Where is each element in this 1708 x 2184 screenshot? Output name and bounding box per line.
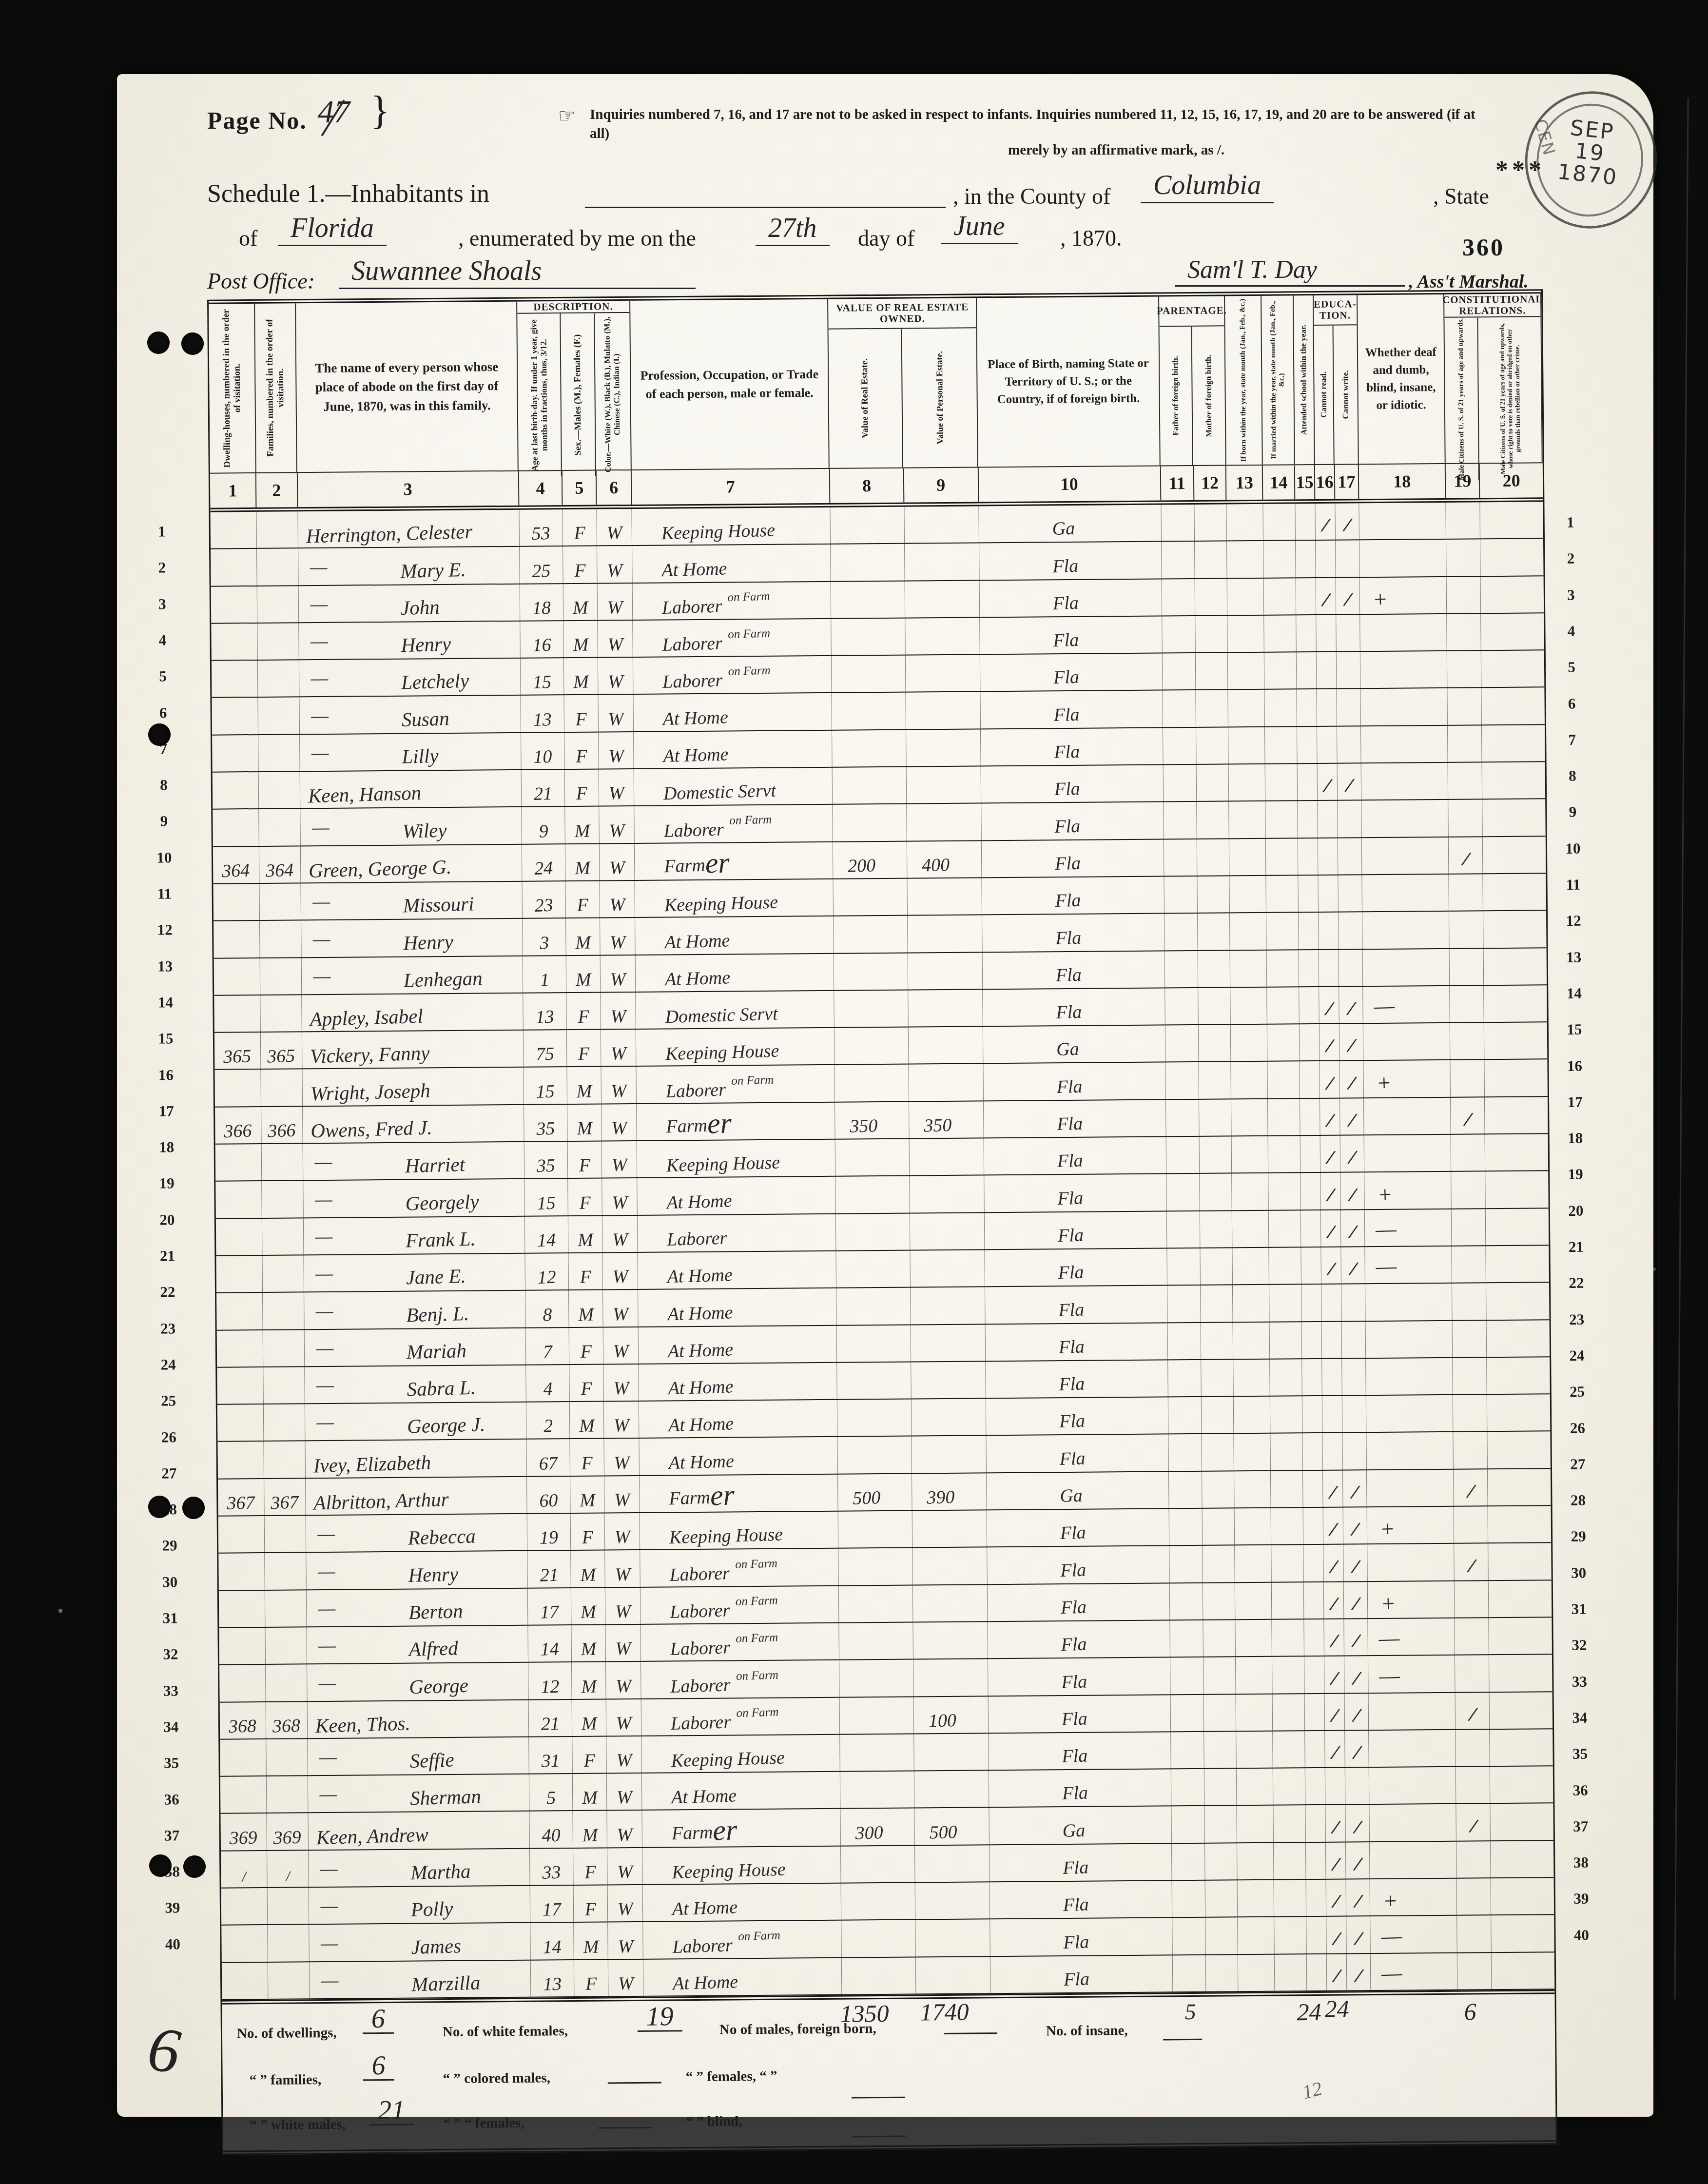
left-line-number-2: 2 — [145, 559, 179, 577]
person-name: Ivey, Elizabeth — [305, 1452, 431, 1479]
cannot-read-mark: / — [1329, 1557, 1338, 1581]
header-group-constitutional: CONSTITUTIONAL RELATIONS.Male Citizens o… — [1444, 293, 1543, 463]
left-line-number-35: 35 — [154, 1754, 188, 1772]
col18-mark: + — [1367, 1592, 1396, 1618]
cell-married-month — [1271, 1508, 1303, 1544]
cell-birthplace: Fla — [984, 1174, 1167, 1212]
person-name: Harriet — [332, 1154, 466, 1181]
cell-married-month — [1270, 1322, 1302, 1359]
cell-occupation: Laboreron Farm — [633, 656, 832, 694]
cell-cannot-write — [1337, 726, 1361, 763]
cell-occupation: Laboreron Farm — [633, 582, 832, 619]
cell-dwelling-number — [213, 921, 260, 957]
color: W — [612, 1230, 628, 1252]
column-number-10: 10 — [978, 466, 1161, 502]
cell-color: W — [600, 881, 635, 917]
cell-mother-foreign — [1199, 1099, 1232, 1136]
cell-married-month — [1272, 1582, 1304, 1619]
cell-sex: M — [572, 1699, 606, 1736]
cell-male-citizen — [1456, 1730, 1490, 1766]
cell-mother-foreign — [1200, 1248, 1233, 1285]
totals-real-estate: 1350 — [840, 2001, 889, 2026]
birthplace: Fla — [988, 1709, 1087, 1734]
cell-mother-foreign — [1198, 914, 1230, 950]
color: W — [615, 1639, 631, 1661]
person-name: Keen, Thos. — [307, 1713, 410, 1739]
film-speck — [58, 1609, 62, 1613]
sex: M — [582, 1826, 598, 1848]
cell-birthplace: Fla — [979, 579, 1162, 617]
cannot-read-mark: / — [1326, 1185, 1335, 1209]
sex: F — [585, 1900, 597, 1922]
cell-occupation: Domestic Servt — [636, 991, 835, 1029]
birthplace: Fla — [984, 1151, 1083, 1176]
cell-attended-school — [1306, 1880, 1326, 1916]
person-name: Frank L. — [332, 1228, 476, 1255]
left-line-number-13: 13 — [148, 957, 182, 975]
cell-color: W — [604, 1439, 640, 1475]
occupation-modifier: on Farm — [738, 1929, 781, 1943]
person-name: Martha — [337, 1861, 471, 1888]
cell-dwelling-number — [214, 1070, 261, 1106]
color: W — [610, 1044, 626, 1066]
cell-age: 13 — [523, 993, 567, 1030]
cell-dwelling-number — [216, 1293, 263, 1329]
sex: M — [575, 858, 591, 880]
cell-personal-estate — [913, 1585, 988, 1621]
occupation: At Home — [639, 1377, 734, 1402]
cell-deaf-dumb — [1366, 1395, 1454, 1432]
cell-born-month — [1231, 1062, 1268, 1098]
cell-name: —Mary E. — [298, 547, 520, 585]
birthplace: Fla — [980, 742, 1080, 767]
right-line-number-5: 5 — [1554, 659, 1589, 677]
cell-mother-foreign — [1199, 1062, 1231, 1099]
color: W — [616, 1751, 632, 1773]
cell-deaf-dumb — [1362, 837, 1449, 874]
sex: F — [580, 1268, 591, 1290]
cell-male-citizen — [1456, 1841, 1491, 1878]
cell-father-foreign — [1170, 1695, 1203, 1731]
stamp-asterisks: *** — [1495, 156, 1545, 185]
occupation-modifier: on Farm — [736, 1668, 779, 1682]
cell-deaf-dumb — [1365, 1284, 1453, 1321]
cell-personal-estate: 400 — [907, 841, 982, 877]
cell-married-month — [1267, 987, 1299, 1024]
cell-real-estate — [834, 878, 908, 915]
cell-cannot-write: / — [1344, 1582, 1368, 1618]
cell-color: W — [599, 732, 634, 769]
cell-color: W — [597, 509, 632, 546]
ditto-dash: — — [304, 1225, 333, 1254]
cell-occupation: Farmer — [637, 1102, 835, 1140]
totals-insane-label: No. of insane, — [1046, 2023, 1128, 2039]
cell-married-month — [1268, 1173, 1300, 1210]
occupation: At Home — [639, 1415, 734, 1439]
right-line-number-15: 15 — [1557, 1021, 1592, 1039]
occupation: Keeping House — [636, 1042, 779, 1067]
cell-occupation: Laboreron Farm — [641, 1660, 840, 1698]
person-name: Keen, Andrew — [308, 1824, 428, 1851]
cell-color: W — [607, 1811, 642, 1847]
cell-cannot-write: / — [1344, 1656, 1368, 1693]
cannot-read-mark: / — [1325, 1036, 1334, 1061]
cannot-write-mark: / — [1354, 1928, 1362, 1953]
sex: F — [579, 1193, 591, 1215]
cell-dwelling-number — [221, 1888, 268, 1925]
cell-family-number — [268, 1925, 309, 1962]
cell-deaf-dumb: — — [1371, 1953, 1458, 1990]
cell-vote-denied — [1484, 1022, 1547, 1059]
cell-age: 14 — [524, 1216, 568, 1253]
cell-family-number — [261, 1070, 302, 1106]
sex: M — [572, 598, 588, 620]
cell-male-citizen: / — [1449, 837, 1483, 874]
cell-personal-estate: 100 — [913, 1696, 988, 1733]
cell-father-foreign — [1163, 653, 1196, 690]
cell-sex: M — [567, 1067, 602, 1104]
cell-father-foreign — [1165, 1025, 1199, 1062]
ditto-dash: — — [308, 1782, 337, 1812]
cell-real-estate: 500 — [838, 1474, 912, 1510]
cell-born-month — [1237, 1843, 1274, 1879]
occupation: Keeping House — [632, 521, 775, 546]
totals-colored-males-blank — [607, 2062, 661, 2084]
left-line-number-11: 11 — [147, 885, 181, 903]
cell-father-foreign — [1172, 1881, 1205, 1917]
cell-deaf-dumb — [1361, 800, 1449, 837]
cannot-read-mark: / — [1331, 1854, 1340, 1879]
cell-cannot-write: / — [1336, 578, 1360, 614]
cell-deaf-dumb: — — [1365, 1209, 1452, 1246]
cell-cannot-read — [1318, 801, 1338, 838]
cell-mother-foreign — [1195, 653, 1228, 690]
cell-name: Albritton, Arthur — [306, 1477, 527, 1515]
person-name: Albritton, Arthur — [305, 1489, 448, 1516]
age: 13 — [535, 1008, 554, 1030]
cell-vote-denied — [1487, 1394, 1550, 1431]
cell-vote-denied — [1490, 1692, 1553, 1729]
male-citizen-mark: / — [1466, 1481, 1475, 1506]
sex: M — [573, 673, 589, 695]
cannot-write-mark: / — [1346, 998, 1355, 1023]
page-brace: } — [370, 88, 389, 134]
left-line-number-12: 12 — [148, 921, 182, 939]
left-line-number-9: 9 — [147, 813, 181, 831]
cell-deaf-dumb — [1364, 1135, 1451, 1172]
cell-name: —Jane E. — [304, 1254, 525, 1292]
cell-real-estate — [839, 1622, 913, 1659]
sex: M — [583, 1937, 599, 1959]
cell-attended-school — [1303, 1433, 1323, 1470]
cannot-write-mark: / — [1348, 1147, 1357, 1172]
cell-sex: M — [564, 621, 598, 657]
cannot-read-mark: / — [1326, 1148, 1335, 1172]
left-line-number-30: 30 — [153, 1573, 187, 1591]
sex: M — [576, 1082, 592, 1104]
column-header-text: Value of Personal Estate. — [934, 351, 945, 444]
ditto-dash: — — [299, 704, 329, 734]
person-name: Susan — [328, 708, 449, 735]
column-header-5: Sex.—Males (M.), Females (F.) — [561, 313, 596, 477]
birthplace: Fla — [980, 705, 1080, 729]
dwelling-number: 369 — [230, 1828, 258, 1851]
cannot-write-mark: / — [1343, 515, 1352, 540]
cell-personal-estate — [914, 1734, 989, 1770]
cell-sex: M — [573, 1774, 607, 1811]
col18-mark: — — [1368, 1626, 1400, 1656]
cell-born-month — [1233, 1248, 1269, 1285]
birthplace: Ga — [979, 519, 1075, 544]
cell-attended-school — [1305, 1768, 1325, 1805]
sex: M — [580, 1491, 596, 1513]
cell-vote-denied — [1481, 613, 1544, 650]
right-line-number-33: 33 — [1562, 1673, 1596, 1691]
cell-age: 13 — [521, 696, 564, 732]
column-number-17: 17 — [1335, 465, 1359, 499]
cell-personal-estate — [910, 1213, 985, 1249]
column-header-15: Attended school within the year. — [1294, 295, 1315, 464]
cell-cannot-read: / — [1327, 1954, 1347, 1990]
cell-name: —Susan — [299, 696, 521, 734]
person-name: Benj. L. — [333, 1303, 469, 1330]
ditto-dash: — — [301, 964, 330, 994]
cell-mother-foreign — [1205, 1955, 1238, 1991]
ditto-dash: — — [299, 666, 329, 696]
cell-cannot-read: / — [1326, 1842, 1346, 1879]
cell-vote-denied — [1491, 1915, 1554, 1951]
left-line-number-32: 32 — [154, 1645, 188, 1663]
cannot-read-mark: / — [1329, 1519, 1338, 1544]
person-name: Sherman — [337, 1787, 482, 1813]
cell-color: W — [600, 918, 635, 955]
occupation-modifier: on Farm — [729, 813, 772, 827]
birthplace: Ga — [986, 1486, 1083, 1511]
cell-mother-foreign — [1201, 1397, 1234, 1433]
column-number-9: 9 — [904, 468, 979, 502]
cell-color: W — [604, 1402, 639, 1438]
person-name: Seffie — [336, 1750, 454, 1776]
cell-married-month — [1273, 1768, 1305, 1805]
dwelling-number: 366 — [224, 1122, 252, 1144]
cell-real-estate — [838, 1437, 912, 1473]
cell-family-number — [267, 1888, 309, 1924]
cannot-read-mark: / — [1325, 1073, 1334, 1098]
ditto-dash: — — [309, 1894, 338, 1924]
cell-real-estate — [831, 581, 905, 618]
cell-age: 75 — [523, 1030, 567, 1067]
cell-vote-denied — [1486, 1246, 1549, 1282]
left-line-number-10: 10 — [147, 849, 181, 867]
right-line-number-21: 21 — [1559, 1238, 1593, 1256]
cell-dwelling-number: 367 — [218, 1479, 264, 1516]
cell-attended-school — [1299, 876, 1319, 912]
cell-personal-estate — [905, 581, 979, 617]
age: 13 — [533, 710, 552, 732]
col18-mark: — — [1370, 1924, 1402, 1953]
county-handwritten: Columbia — [1141, 170, 1274, 203]
cell-real-estate — [841, 1846, 915, 1882]
cell-personal-estate: 500 — [914, 1808, 989, 1845]
cell-married-month — [1273, 1694, 1305, 1731]
cell-age: 15 — [520, 658, 564, 695]
color: W — [617, 1900, 633, 1922]
right-line-number-28: 28 — [1561, 1492, 1595, 1510]
cell-color: W — [598, 658, 633, 694]
color: W — [608, 747, 624, 769]
left-line-number-26: 26 — [152, 1428, 186, 1446]
ditto-dash: — — [307, 1597, 336, 1626]
cell-sex: F — [569, 1253, 603, 1289]
occupation: Laboreron Farm — [634, 819, 766, 844]
cell-real-estate — [836, 1213, 910, 1250]
cell-birthplace: Fla — [990, 1881, 1172, 1918]
cell-occupation: At Home — [634, 730, 833, 768]
totals-females-blank — [598, 2107, 652, 2129]
cell-family-number — [258, 772, 300, 808]
age: 16 — [532, 636, 551, 658]
color: W — [610, 970, 626, 992]
cell-color: W — [602, 1104, 637, 1141]
right-line-number-7: 7 — [1555, 731, 1589, 749]
cell-color: W — [601, 1030, 636, 1066]
cell-cannot-write: / — [1338, 763, 1361, 800]
cell-deaf-dumb — [1367, 1544, 1455, 1581]
cell-vote-denied — [1491, 1878, 1554, 1914]
cell-married-month — [1269, 1210, 1301, 1247]
cell-birthplace: Fla — [983, 988, 1165, 1026]
column-number-16: 16 — [1315, 465, 1335, 499]
ditto-dash: — — [301, 890, 330, 919]
cell-real-estate: 200 — [833, 841, 907, 878]
totals-families-label: “ ” families, — [250, 2072, 322, 2088]
left-line-number-33: 33 — [154, 1682, 188, 1700]
cell-occupation: At Home — [643, 1884, 842, 1921]
ditto-dash: — — [308, 1745, 337, 1775]
birthplace: Fla — [983, 1114, 1083, 1139]
cell-male-citizen: / — [1456, 1804, 1491, 1841]
age: 35 — [536, 1119, 555, 1141]
cell-vote-denied — [1486, 1283, 1549, 1319]
schedule-title: Schedule 1.—Inhabitants in — [207, 179, 489, 208]
birthplace: Fla — [988, 1672, 1087, 1696]
occupation-modifier: on Farm — [728, 664, 771, 678]
occupation-modifier: on Farm — [731, 1073, 774, 1087]
cell-born-month — [1230, 950, 1267, 987]
cell-attended-school — [1302, 1322, 1322, 1358]
cannot-read-mark: / — [1332, 1966, 1341, 1990]
right-line-number-16: 16 — [1557, 1057, 1592, 1075]
cell-name: —James — [309, 1923, 531, 1961]
occupation: Domestic Servt — [634, 781, 776, 807]
cell-vote-denied — [1484, 948, 1547, 985]
age: 31 — [541, 1752, 560, 1774]
occupation: Laboreron Farm — [640, 1637, 773, 1662]
cell-occupation: Laboreron Farm — [640, 1586, 839, 1623]
age: 1 — [540, 971, 549, 993]
family-number: 368 — [272, 1716, 301, 1739]
birthplace: Ga — [983, 1040, 1079, 1064]
table-rows: Herrington, Celester53FWKeeping HouseGa/… — [210, 502, 1554, 2000]
cell-color: W — [598, 621, 633, 657]
instructions-line1: Inquiries numbered 7, 16, and 17 are not… — [590, 105, 1492, 143]
cell-birthplace: Fla — [982, 914, 1165, 952]
birthplace: Fla — [987, 1598, 1087, 1622]
cell-cannot-read — [1321, 1285, 1341, 1321]
cell-cannot-write — [1339, 912, 1362, 949]
birthplace: Fla — [986, 1449, 1086, 1473]
cell-dwelling-number — [212, 661, 258, 697]
cell-personal-estate — [906, 692, 980, 729]
cell-name: —George — [307, 1663, 529, 1701]
cell-born-month — [1238, 1880, 1274, 1917]
month-handwritten: June — [941, 211, 1018, 244]
enumerated-label: , enumerated by me on the — [458, 225, 696, 251]
cell-personal-estate — [910, 1250, 985, 1287]
cell-married-month — [1274, 1843, 1306, 1879]
cell-father-foreign — [1171, 1732, 1204, 1769]
ditto-dash: — — [300, 815, 330, 845]
cell-attended-school — [1305, 1731, 1325, 1768]
right-line-number-26: 26 — [1560, 1419, 1594, 1437]
occupation: Laboreron Farm — [633, 596, 765, 621]
cannot-read-mark: / — [1332, 1891, 1340, 1916]
column-header-text: Place of Birth, naming State or Territor… — [977, 354, 1159, 409]
cell-born-month — [1227, 578, 1264, 615]
cell-father-foreign — [1166, 1137, 1199, 1173]
cell-birthplace: Fla — [986, 1435, 1169, 1472]
cell-cannot-read: / — [1323, 1470, 1343, 1507]
cell-male-citizen: / — [1451, 1097, 1485, 1134]
cell-personal-estate — [912, 1436, 986, 1473]
cell-born-month — [1237, 1769, 1273, 1805]
person-name: Jane E. — [332, 1266, 466, 1293]
cell-mother-foreign — [1205, 1843, 1238, 1880]
cell-name: Keen, Thos. — [307, 1700, 529, 1738]
cell-cannot-write — [1342, 1359, 1366, 1395]
color: W — [618, 1974, 634, 1996]
sex: M — [575, 933, 591, 955]
cell-color: W — [599, 769, 634, 806]
totals-male-citizens: 6 — [1464, 1999, 1476, 2024]
column-header-3: The name of every person whose place of … — [296, 302, 519, 472]
cell-male-citizen — [1453, 1395, 1487, 1431]
cell-cannot-write: / — [1341, 1247, 1365, 1284]
cell-attended-school — [1299, 987, 1319, 1024]
cell-name: —Henry — [306, 1551, 528, 1589]
cell-born-month — [1227, 541, 1263, 578]
cannot-write-mark: / — [1352, 1668, 1360, 1693]
cell-mother-foreign — [1197, 839, 1229, 876]
cannot-read-mark: / — [1328, 1482, 1337, 1507]
color: W — [614, 1491, 630, 1513]
column-header-8: Value of Real Estate. — [829, 329, 903, 468]
cell-male-citizen — [1449, 800, 1483, 837]
cell-personal-estate — [907, 878, 982, 915]
cell-family-number — [260, 958, 301, 994]
cell-name: Wright, Joseph — [302, 1068, 524, 1106]
cannot-write-mark: / — [1353, 1816, 1362, 1841]
totals-scribble: 12 — [1300, 2077, 1324, 2104]
sex: M — [581, 1602, 597, 1624]
person-name: Green, George G. — [300, 857, 451, 884]
cell-birthplace: Fla — [984, 1211, 1167, 1249]
totals-white-males-value: 21 — [369, 2096, 414, 2125]
cell-color: W — [600, 844, 635, 880]
cell-father-foreign — [1165, 1062, 1199, 1099]
totals-blind-label: “ ” blind, — [686, 2113, 742, 2130]
color: W — [616, 1677, 632, 1698]
